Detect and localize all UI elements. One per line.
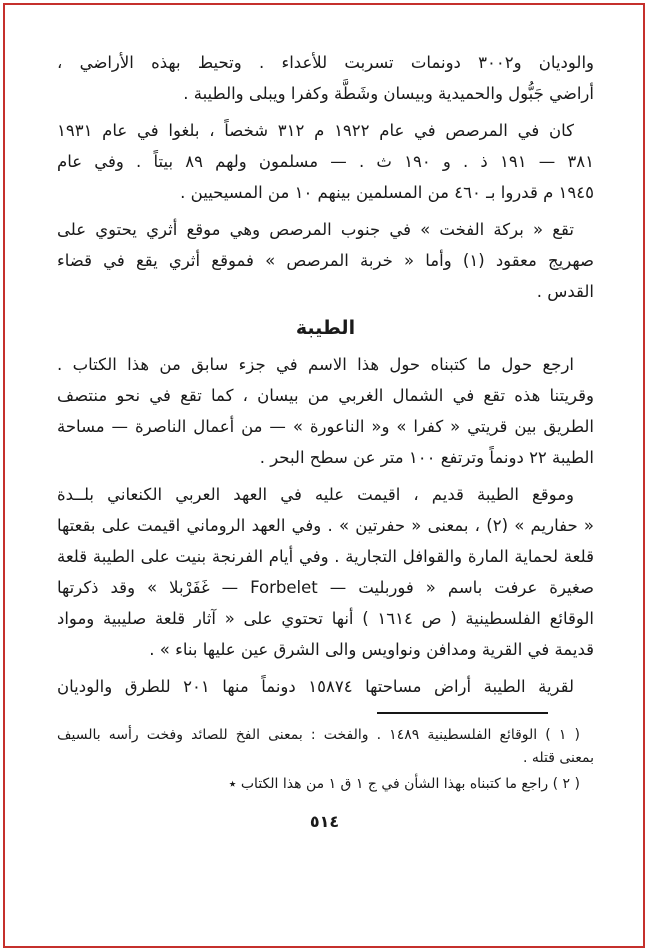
text-line: كان في المرصص في عام ١٩٢٢ م ٣١٢ شخصاً ، … [57, 115, 594, 146]
text-line: قلعة لحماية المارة والقوافل التجارية . و… [57, 541, 594, 572]
page-number: ٥١٤ [0, 812, 649, 831]
text-line: تقع « بركة الفخت » في جنوب المرصص وهي مو… [57, 214, 594, 245]
paragraph: لقرية الطيبة أراض مساحتها ١٥٨٧٤ دونماً م… [57, 671, 594, 702]
page-content: والوديان و٣٠٠٢ دونمات تسربت للأعداء . وت… [0, 0, 649, 708]
text-line: القدس . [57, 276, 594, 307]
footnotes-block: ( ١ ) الوقائع الفلسطينية ١٤٨٩ . والفخت :… [57, 724, 594, 799]
text-line: صغيرة عرفت باسم « فوربليت — Forbelet — غ… [57, 572, 594, 603]
paragraph: ارجع حول ما كتبناه حول هذا الاسم في جزء … [57, 349, 594, 473]
text-line: صهريج معقود (١) وأما « خربة المرصص » فمو… [57, 245, 594, 276]
footnote-separator-rule [377, 712, 548, 714]
footnote: ( ١ ) الوقائع الفلسطينية ١٤٨٩ . والفخت :… [57, 724, 594, 770]
text-line: الطيبة ٢٢ دونماً وترتفع ١٠٠ متر عن سطح ا… [57, 442, 594, 473]
footnote-line: ( ١ ) الوقائع الفلسطينية ١٤٨٩ . والفخت :… [57, 724, 594, 747]
footnote: ( ٢ ) راجع ما كتبناه بهذا الشأن في ج ١ ق… [57, 773, 594, 796]
text-line: « حفاريم » (٢) ، بمعنى « حفرتين » . وفي … [57, 510, 594, 541]
text-line: والوديان و٣٠٠٢ دونمات تسربت للأعداء . وت… [57, 47, 594, 78]
text-line: لقرية الطيبة أراض مساحتها ١٥٨٧٤ دونماً م… [57, 671, 594, 702]
paragraph: كان في المرصص في عام ١٩٢٢ م ٣١٢ شخصاً ، … [57, 115, 594, 208]
text-line: أراضي جَبُّول والحميدية وبيسان وشَطَّة و… [57, 78, 594, 109]
text-line: ١٩٤٥ م قدروا بـ ٤٦٠ من المسلمين بينهم ١٠… [57, 177, 594, 208]
text-line: ارجع حول ما كتبناه حول هذا الاسم في جزء … [57, 349, 594, 380]
text-line: الوقائع الفلسطينية ( ص ١٦١٤ ) أنها تحتوي… [57, 603, 594, 634]
text-line: ٣٨١ — ١٩١ ذ . و ١٩٠ ث . — مسلمون ولهم ٨٩… [57, 146, 594, 177]
footnote-line: بمعنى قتله . [57, 747, 594, 770]
text-line: الطريق بين قريتي « كفرا » و« الناعورة » … [57, 411, 594, 442]
scanned-book-page: { "page": { "number": "٥١٤", "border_col… [0, 0, 649, 952]
paragraph: والوديان و٣٠٠٢ دونمات تسربت للأعداء . وت… [57, 47, 594, 109]
text-line: قديمة في القرية ومدافن ونواويس والى الشر… [57, 634, 594, 665]
paragraph: تقع « بركة الفخت » في جنوب المرصص وهي مو… [57, 214, 594, 307]
section-heading: الطيبة [57, 315, 594, 342]
footnote-line: ( ٢ ) راجع ما كتبناه بهذا الشأن في ج ١ ق… [57, 773, 594, 796]
text-line: وموقع الطيبة قديم ، اقيمت عليه في العهد … [57, 479, 594, 510]
paragraph: وموقع الطيبة قديم ، اقيمت عليه في العهد … [57, 479, 594, 665]
text-line: وقريتنا هذه تقع في الشمال الغربي من بيسا… [57, 380, 594, 411]
